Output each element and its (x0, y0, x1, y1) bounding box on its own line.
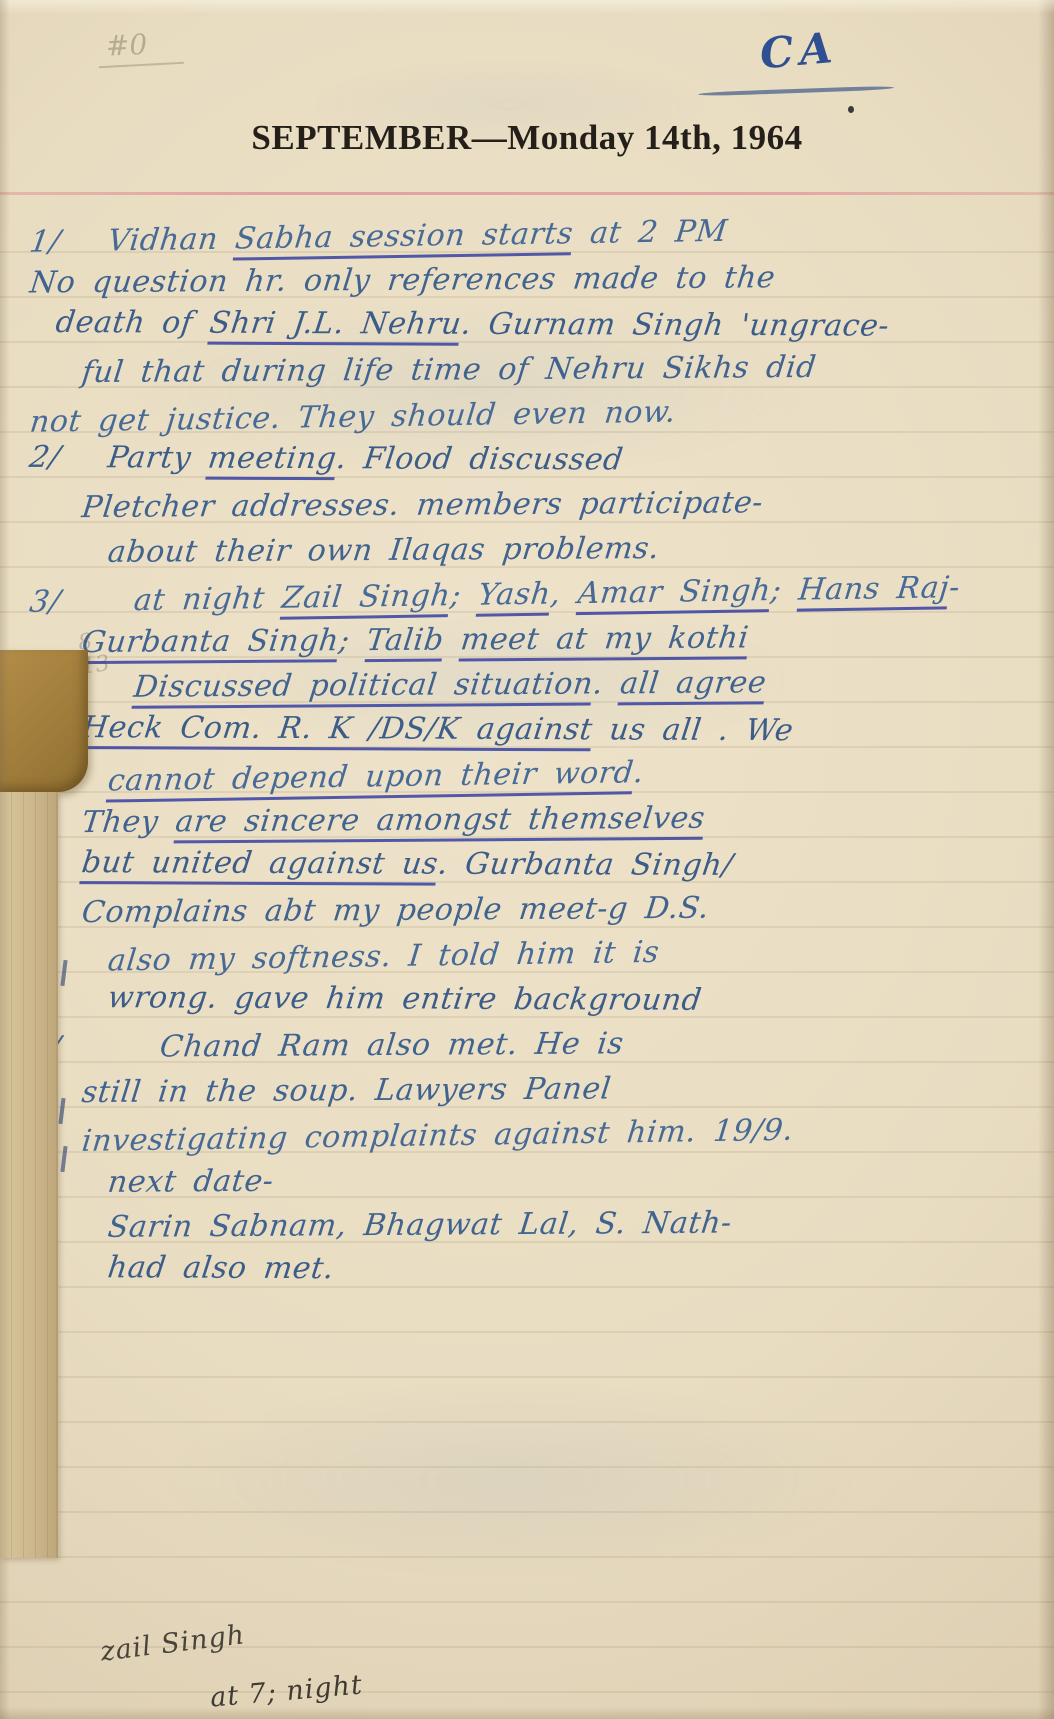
diary-line: Pletcher addresses. members participate- (14, 478, 1030, 530)
diary-line: 2/Party meeting. Flood discussed (14, 435, 1030, 484)
diary-line: 4/Chand Ram also met. He is (14, 1018, 1030, 1070)
diary-line: death of Shri J.L. Nehru. Gurnam Singh '… (14, 300, 1030, 349)
diary-line: but united against us. Gurbanta Singh/ (14, 840, 1030, 889)
ink-note-dot (848, 106, 854, 113)
diary-page: #0 CA SEPTEMBER—Monday 14th, 1964 8 13 1… (0, 0, 1054, 1719)
diary-line: Gurbanta Singh; Talib meet at my kothi (14, 613, 1030, 665)
date-rule (0, 192, 1054, 195)
scan-edge-highlight (0, 0, 1054, 14)
entry-number: 1/ (26, 219, 64, 265)
scan-edge-shadow (1038, 0, 1054, 1719)
diary-line: Sarin Sabnam, Bhagwat Lal, S. Nath- (14, 1198, 1030, 1250)
top-right-ink-note: CA (758, 23, 840, 79)
diary-line: They are sincere amongst themselves (14, 793, 1030, 845)
diary-line: wrong. gave him entire background (14, 975, 1030, 1024)
diary-line: No question hr. only references made to … (14, 253, 1030, 305)
bottom-pencil-note-line1: zail Singh (99, 1619, 247, 1667)
entry-number: 2/ (26, 435, 65, 480)
scan-edge-shadow (0, 1707, 1054, 1719)
diary-line: next date- (14, 1153, 1030, 1205)
ink-showthrough (150, 1380, 870, 1580)
page-title: SEPTEMBER—Monday 14th, 1964 (0, 118, 1054, 158)
diary-lines: 1/Vidhan Sabha session starts at 2 PMNo … (14, 212, 1030, 1292)
scan-edge-shadow (0, 0, 10, 1719)
ink-note-underline (698, 86, 894, 97)
diary-line: had also met. (14, 1245, 1030, 1294)
diary-line: Discussed political situation. all agree (14, 658, 1030, 710)
entry-number: 3/ (26, 579, 64, 625)
tape-patch (0, 650, 88, 792)
top-left-pencil-note: #0 (97, 26, 184, 68)
